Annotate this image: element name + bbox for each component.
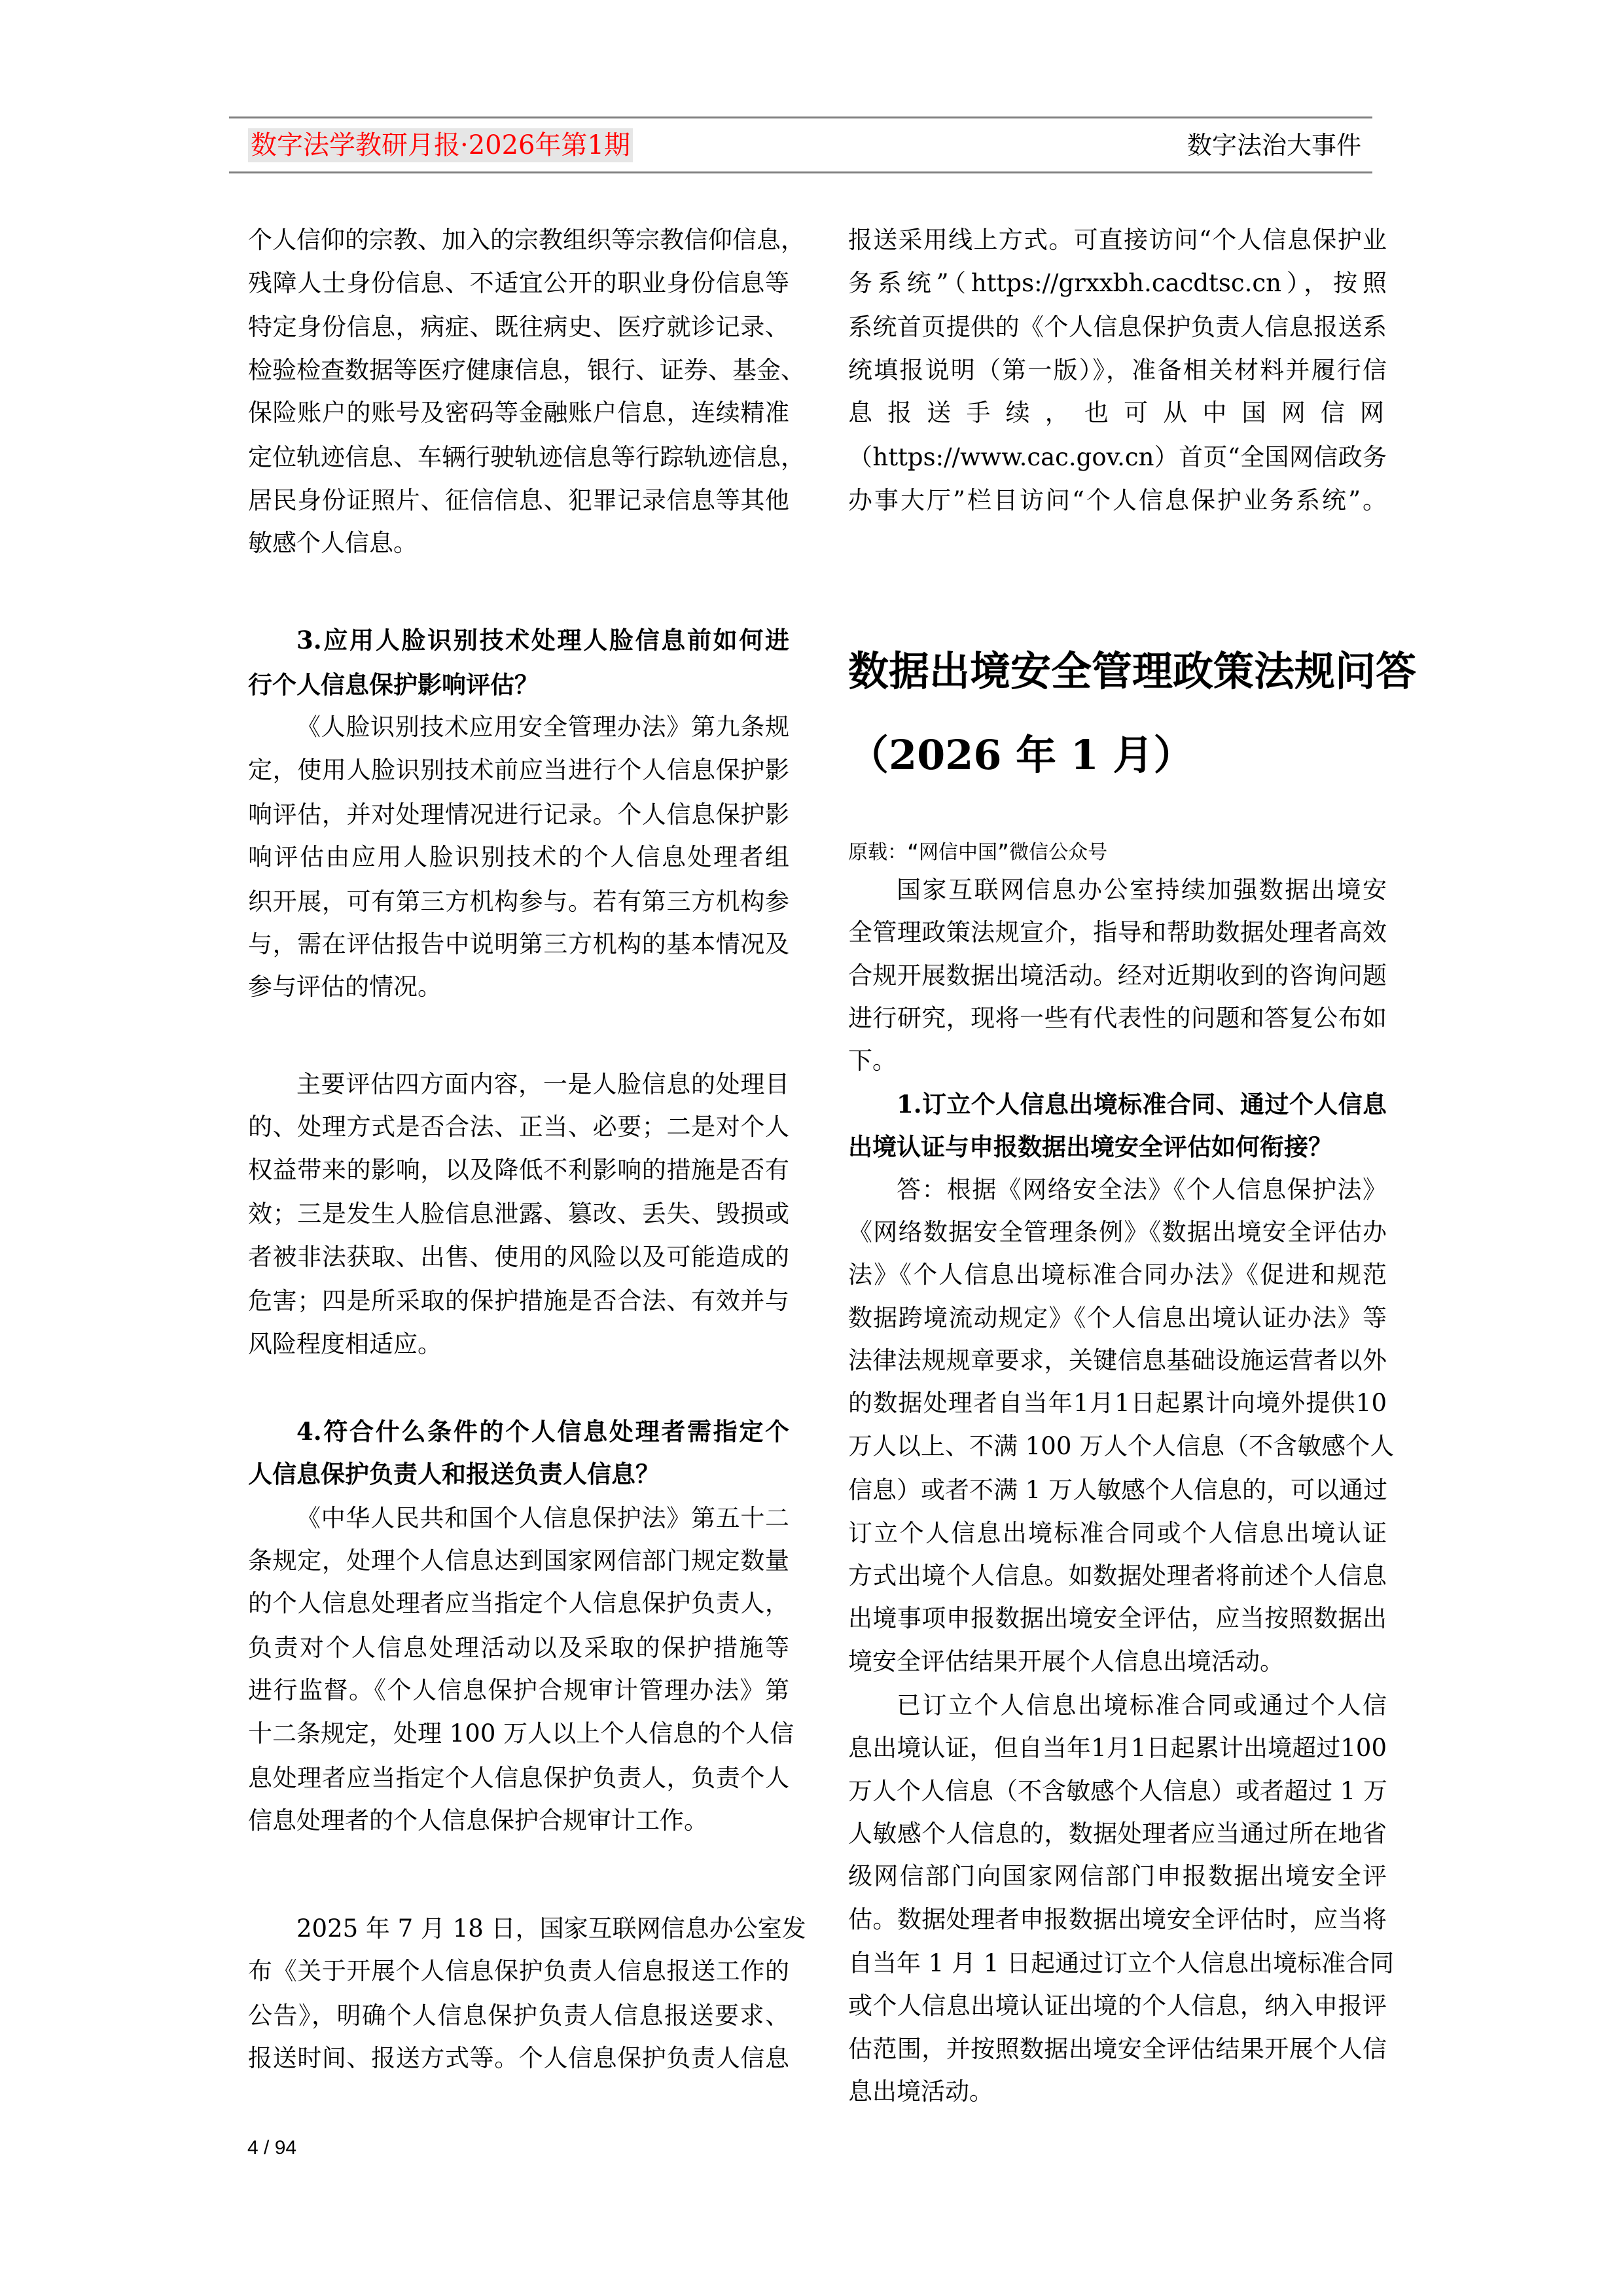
body-line: 人敏感个人信息的，数据处理者应当通过所在地省 [848,1819,1387,1849]
body-line: 定位轨迹信息、车辆行驶轨迹信息等行踪轨迹信息， [248,442,789,473]
body-line: 法》《个人信息出境标准合同办法》《促进和规范 [848,1260,1387,1290]
body-line: 信息处理者的个人信息保护合规审计工作。 [248,1806,789,1836]
body-line: 响评估由应用人脸识别技术的个人信息处理者组 [248,842,789,872]
body-line: 检验检查数据等医疗健康信息，银行、证券、基金、 [248,355,789,386]
section-title: 数字法治大事件 [1187,128,1361,162]
body-line: 残障人士身份信息、不适宜公开的职业身份信息等 [248,268,789,298]
body-line: 万人以上、不满 100 万人个人信息（不含敏感个人 [848,1431,1387,1462]
question-heading-4: 4.符合什么条件的个人信息处理者需指定个 [248,1416,789,1446]
body-line: 的、处理方式是否合法、正当、必要；二是对个人 [248,1112,789,1142]
body-line: 权益带来的影响，以及降低不利影响的措施是否有 [248,1155,789,1185]
body-line: 息出境活动。 [848,2077,1387,2107]
body-line: 敏感个人信息。 [248,528,789,558]
body-line: 信息）或者不满 1 万人敏感个人信息的，可以通过 [848,1475,1387,1505]
body-line: 自当年 1 月 1 日起通过订立个人信息出境标准合同 [848,1948,1387,1979]
body-line: 十二条规定，处理 100 万人以上个人信息的个人信 [248,1719,789,1749]
body-line: 者被非法获取、出售、使用的风险以及可能造成的 [248,1242,789,1272]
body-line: 境安全评估结果开展个人信息出境活动。 [848,1647,1387,1677]
body-line: 务系统”（https://grxxbh.cacdtsc.cn），按照 [848,268,1387,298]
body-line: 订立个人信息出境标准合同或个人信息出境认证 [848,1518,1387,1549]
article-title-date: （2026 年 1 月） [848,729,1194,781]
body-line: 答：根据《网络安全法》《个人信息保护法》 [848,1175,1387,1205]
body-line: 负责对个人信息处理活动以及采取的保护措施等 [248,1633,789,1663]
body-line: 国家互联网信息办公室持续加强数据出境安 [848,875,1387,905]
body-line: 居民身份证照片、征信信息、犯罪记录信息等其他 [248,486,789,516]
body-line: 息处理者应当指定个人信息保护负责人，负责个人 [248,1763,789,1793]
body-line: 估。数据处理者申报数据出境安全评估时，应当将 [848,1905,1387,1935]
body-line: 织开展，可有第三方机构参与。若有第三方机构参 [248,887,789,917]
body-line: 息出境认证，但自当年1月1日起累计出境超过100 [848,1733,1387,1763]
body-line: 估范围，并按照数据出境安全评估结果开展个人信 [848,2034,1387,2064]
body-line: 2025 年 7 月 18 日，国家互联网信息办公室发 [248,1914,789,1944]
body-line: 息报送手续，也可从中国网信网 [848,398,1387,428]
body-line: 特定身份信息，病症、既往病史、医疗就诊记录、 [248,312,789,342]
question-heading-1: 出境认证与申报数据出境安全评估如何衔接？ [848,1132,1387,1162]
body-line: 定，使用人脸识别技术前应当进行个人信息保护影 [248,755,789,785]
body-line: 统填报说明（第一版）》，准备相关材料并履行信 [848,355,1387,386]
body-line: 个人信仰的宗教、加入的宗教组织等宗教信仰信息， [248,225,789,255]
body-line: 危害；四是所采取的保护措施是否合法、有效并与 [248,1286,789,1316]
body-line: 条规定，处理个人信息达到国家网信部门规定数量 [248,1546,789,1576]
header-top-rule [229,117,1372,118]
body-line: 《网络数据安全管理条例》《数据出境安全评估办 [848,1217,1387,1247]
body-line: 布《关于开展个人信息保护负责人信息报送工作的 [248,1956,789,1986]
body-line: 系统首页提供的《个人信息保护负责人信息报送系 [848,312,1387,342]
body-line: （https://www.cac.gov.cn）首页“全国网信政务 [848,442,1387,473]
body-line: 数据跨境流动规定》《个人信息出境认证办法》等 [848,1303,1387,1333]
body-line: 的个人信息处理者应当指定个人信息保护负责人， [248,1588,789,1619]
body-line: 合规开展数据出境活动。经对近期收到的咨询问题 [848,961,1387,991]
body-line: 下。 [848,1046,1387,1076]
body-line: 公告》，明确个人信息保护负责人信息报送要求、 [248,2001,789,2031]
question-heading-1: 1.订立个人信息出境标准合同、通过个人信息 [848,1089,1387,1119]
header-bottom-rule [229,171,1372,173]
body-line: 出境事项申报数据出境安全评估，应当按照数据出 [848,1604,1387,1634]
question-heading-3: 行个人信息保护影响评估？ [248,670,789,700]
body-line: 方式出境个人信息。如数据处理者将前述个人信息 [848,1561,1387,1591]
body-line: 或个人信息出境认证出境的个人信息，纳入申报评 [848,1991,1387,2021]
article-source: 原载：“网信中国”微信公众号 [848,840,1107,866]
question-heading-4: 人信息保护负责人和报送负责人信息？ [248,1459,789,1489]
body-line: 的数据处理者自当年1月1日起累计向境外提供10 [848,1388,1387,1418]
body-line: 级网信部门向国家网信部门申报数据出境安全评 [848,1861,1387,1892]
body-line: 保险账户的账号及密码等金融账户信息，连续精准 [248,398,789,428]
body-line: 办事大厅”栏目访问“个人信息保护业务系统”。 [848,486,1387,516]
body-line: 响评估，并对处理情况进行记录。个人信息保护影 [248,800,789,830]
article-title: 数据出境安全管理政策法规问答 [848,645,1387,698]
body-line: 参与评估的情况。 [248,972,789,1002]
body-line: 报送时间、报送方式等。个人信息保护负责人信息 [248,2043,789,2073]
body-line: 法律法规规章要求，关键信息基础设施运营者以外 [848,1346,1387,1376]
body-line: 效；三是发生人脸信息泄露、篡改、丢失、毁损或 [248,1199,789,1229]
body-line: 进行监督。《个人信息保护合规审计管理办法》第 [248,1676,789,1706]
page-number: 4 / 94 [247,2137,296,2159]
body-line: 《人脸识别技术应用安全管理办法》第九条规 [248,712,789,742]
body-line: 报送采用线上方式。可直接访问“个人信息保护业 [848,225,1387,255]
body-line: 进行研究，现将一些有代表性的问题和答复公布如 [848,1003,1387,1033]
body-line: 《中华人民共和国个人信息保护法》第五十二 [248,1503,789,1534]
body-line: 已订立个人信息出境标准合同或通过个人信 [848,1691,1387,1721]
body-line: 主要评估四方面内容，一是人脸信息的处理目 [248,1069,789,1100]
body-line: 与，需在评估报告中说明第三方机构的基本情况及 [248,929,789,960]
body-line: 万人个人信息（不含敏感个人信息）或者超过 1 万 [848,1776,1387,1806]
body-line: 全管理政策法规宣介，指导和帮助数据处理者高效 [848,918,1387,948]
body-line: 风险程度相适应。 [248,1329,789,1359]
journal-title: 数字法学教研月报·2026年第1期 [248,128,633,162]
question-heading-3: 3.应用人脸识别技术处理人脸信息前如何进 [248,625,789,655]
